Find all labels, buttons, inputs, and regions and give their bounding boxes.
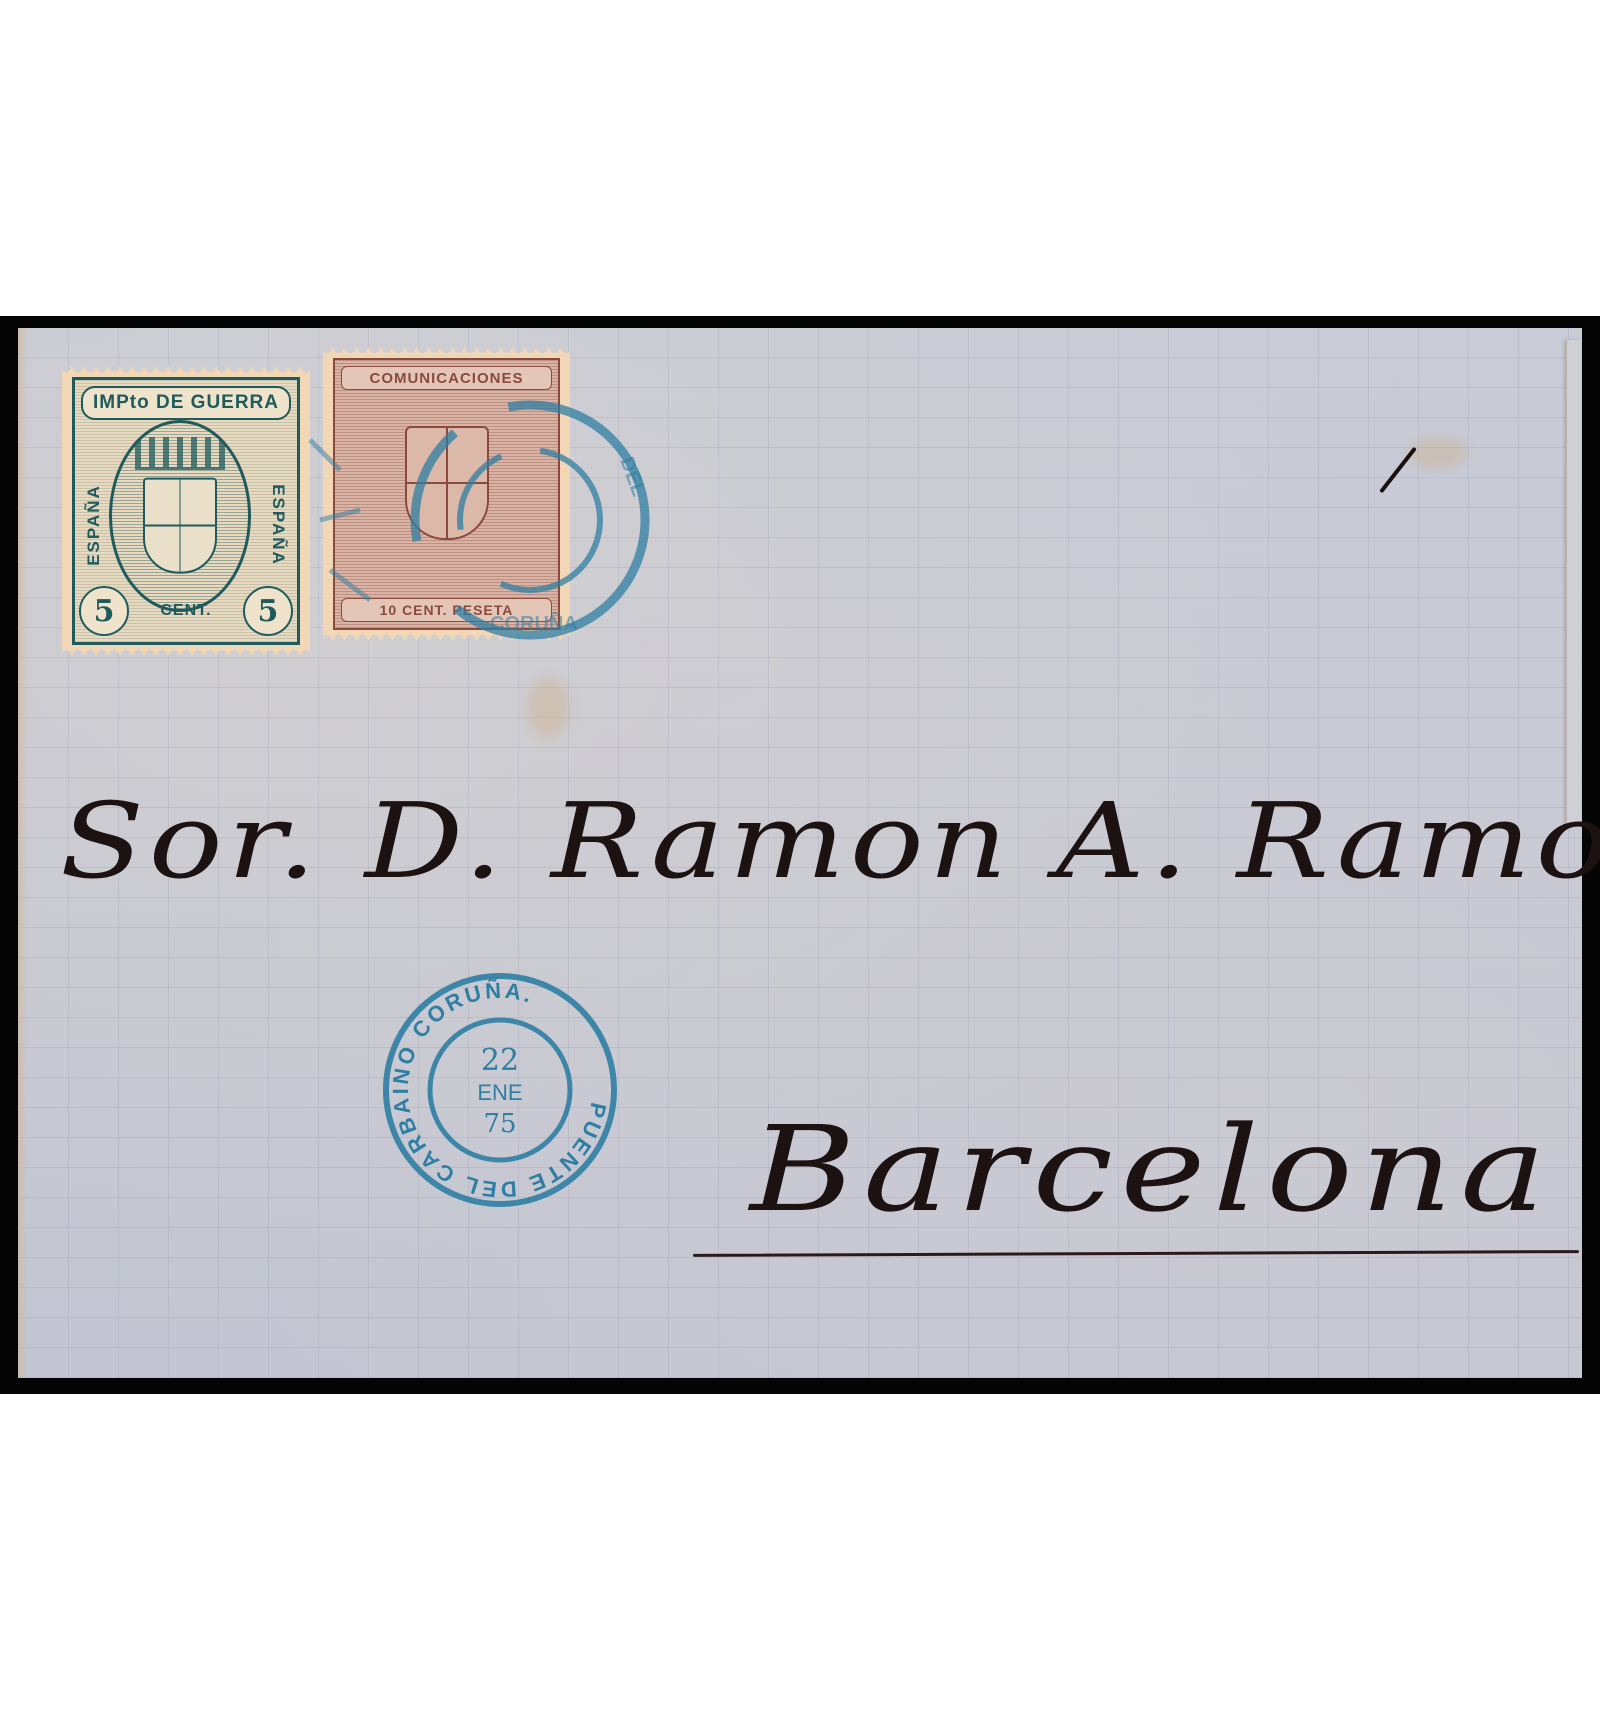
postmark-month: ENE (477, 1080, 522, 1105)
folded-flap-edge (1566, 340, 1581, 826)
foxing-stain (1408, 438, 1468, 468)
coat-of-arms-oval (109, 420, 251, 612)
stamp-war-tax-5-cent: IMPto DE GUERRA ESPAÑA ESPAÑA 5 CENT. 5 (62, 367, 310, 655)
crown-icon (135, 437, 225, 470)
postmark-year: 75 (483, 1109, 516, 1139)
value-right: 5 (243, 586, 293, 636)
value-left: 5 (79, 586, 129, 636)
stamp-banner: IMPto DE GUERRA (81, 386, 291, 420)
value-label: CENT. (160, 602, 211, 620)
stamp-value-text: 10 CENT. PESETA (341, 598, 552, 622)
shield-icon (405, 426, 489, 540)
stamp-side-text-right: ESPAÑA (265, 450, 291, 600)
stamp-value-row: 5 CENT. 5 (79, 586, 293, 636)
stamp-comunicaciones-10-cent: COMUNICACIONES 10 CENT. PESETA (323, 348, 570, 640)
shield-icon (143, 478, 217, 574)
stamp-banner: COMUNICACIONES (341, 366, 552, 390)
stamp-side-text-left: ESPAÑA (81, 450, 107, 600)
address-city: Barcelona (750, 1100, 1553, 1238)
date-postmark: PUENTE DEL CARBAINO CORUÑA. 22 ENE 75 (382, 972, 618, 1208)
foxing-stain (528, 678, 568, 738)
postmark-day: 22 (481, 1043, 519, 1078)
sheet-edge-discoloration (18, 328, 28, 1378)
address-recipient: Sor. D. Ramon A. Ramos (60, 780, 1600, 902)
